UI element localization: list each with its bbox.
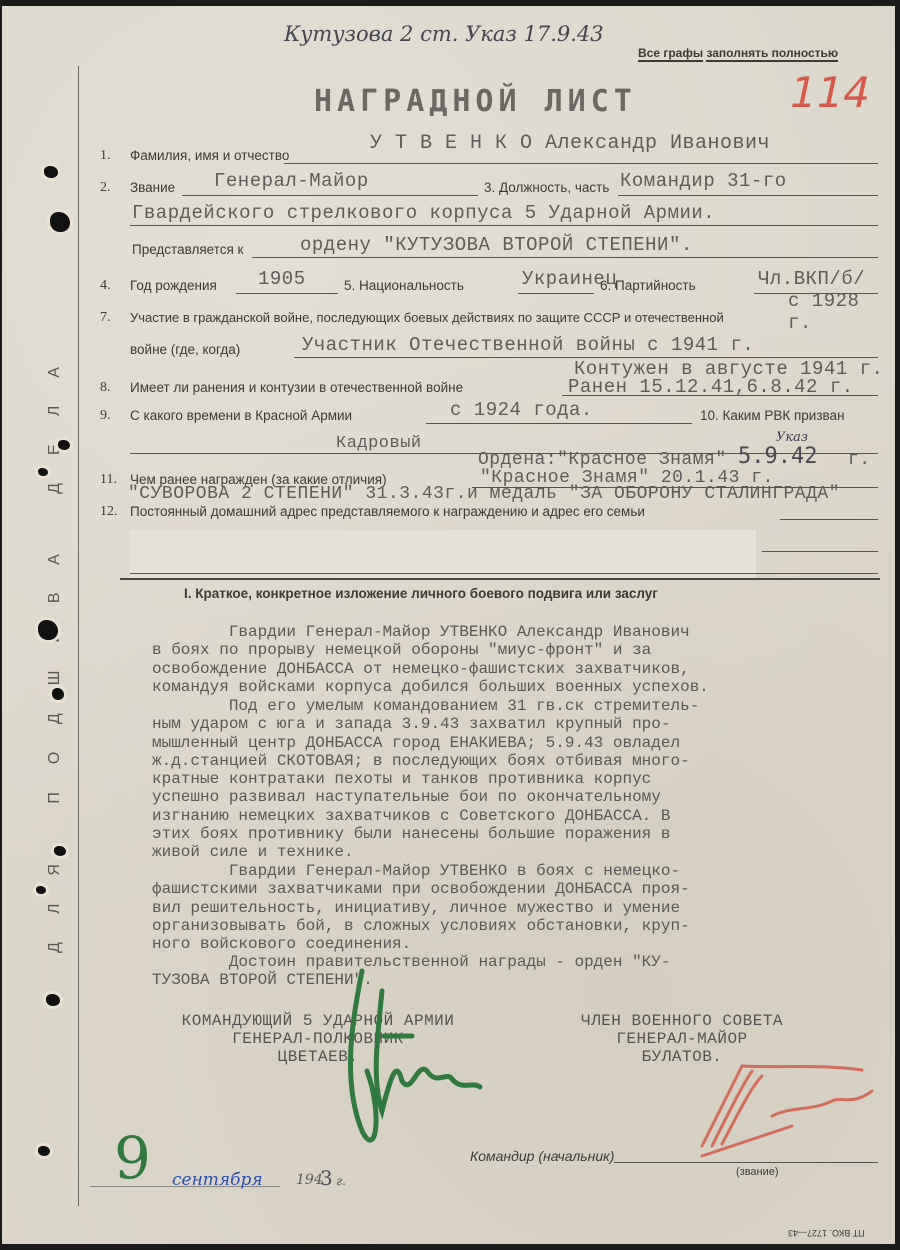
- field-label-name: Фамилия, имя и отчество: [130, 148, 289, 163]
- field-label-birth-year: Год рождения: [130, 278, 217, 293]
- punch-hole: [44, 166, 58, 178]
- date-year-suffix: г.: [336, 1174, 346, 1188]
- field-line: [236, 293, 338, 294]
- signature-green-icon: [322, 961, 522, 1171]
- commander-label: Командир (начальник): [470, 1148, 614, 1164]
- field-line: [182, 195, 478, 196]
- handwritten-decree-label: Указ: [776, 430, 808, 445]
- handwritten-note: Кутузова 2 ст. Указ 17.9.43: [284, 22, 604, 46]
- field-value-birth-year: 1905: [258, 268, 306, 290]
- field-line: [762, 551, 878, 552]
- field-line: [284, 163, 878, 164]
- date-year-prefix: 194: [296, 1172, 323, 1188]
- field-value-army-since: с 1924 года.: [450, 399, 593, 421]
- instruction-part2: заполнять полностью: [706, 46, 838, 62]
- citation-paragraph-1: Гвардии Генерал-Майор УТВЕНКО Александр …: [152, 623, 709, 696]
- field-label-war-participation: Участие в гражданской войне, последующих…: [130, 310, 724, 325]
- field-number: 1.: [100, 148, 111, 164]
- field-value-position-cont: Гвардейского стрелкового корпуса 5 Ударн…: [132, 202, 715, 224]
- punch-hole: [58, 440, 70, 450]
- field-number: 8.: [100, 380, 111, 396]
- binding-margin-label: ДЛЯ ПОДШИВА ДЕЛА: [46, 336, 76, 956]
- field-value-rank: Генерал-Майор: [214, 170, 369, 192]
- field-number: 11.: [100, 472, 117, 488]
- punch-hole: [52, 688, 64, 700]
- field-value-party-since: с 1928 г.: [788, 290, 895, 334]
- redacted-address: [130, 530, 756, 578]
- field-number: 9.: [100, 408, 111, 424]
- field-value-awards-line1: Ордена:"Красное Знамя": [478, 450, 727, 470]
- field-label-address: Постоянный домашний адрес представляемог…: [130, 504, 645, 519]
- field-label-presented-for: Представляется к: [132, 242, 243, 257]
- field-number: 12.: [100, 504, 118, 520]
- instruction-text: Все графы заполнять полностью: [638, 46, 838, 60]
- date-year-digit: 3: [320, 1166, 333, 1190]
- award-sheet-paper: ДЛЯ ПОДШИВА ДЕЛА Кутузова 2 ст. Указ 17.…: [2, 6, 895, 1244]
- sheet-number: 114: [785, 68, 876, 117]
- signature-red-icon: [682, 1046, 892, 1166]
- field-label-army-since: С какого времени в Красной Армии: [130, 408, 352, 423]
- field-value-name: У Т В Е Н К О Александр Иванович: [370, 132, 770, 155]
- field-number: 7.: [100, 310, 111, 326]
- punch-hole: [36, 886, 46, 894]
- field-value-awards-line3: "СУВОРОВА 2 СТЕПЕНИ" 31.3.43г.и медаль "…: [128, 484, 840, 504]
- punch-hole: [46, 994, 60, 1006]
- punch-hole: [38, 620, 58, 640]
- print-code: ПТ ВКО. 1727—43: [788, 1228, 865, 1238]
- field-value-position: Командир 31-го: [620, 170, 787, 192]
- commander-line: [614, 1162, 878, 1163]
- field-number: 4.: [100, 278, 111, 294]
- citation-paragraph-3: Гвардии Генерал-Майор УТВЕНКО в боях с н…: [152, 862, 690, 953]
- instruction-part1: Все графы: [638, 46, 703, 62]
- punch-hole: [54, 846, 66, 856]
- field-line: [518, 293, 594, 294]
- field-value-awards-year-suffix: г.: [848, 450, 871, 470]
- field-line: [130, 573, 878, 574]
- field-label-party: 6. Партийность: [600, 278, 696, 293]
- date-month: сентября: [172, 1170, 263, 1190]
- field-line: [130, 225, 878, 226]
- field-number: 2.: [100, 180, 111, 196]
- field-label-position: 3. Должность, часть: [484, 180, 609, 195]
- field-line: [426, 423, 692, 424]
- field-line: [780, 519, 878, 520]
- binding-margin-line: [78, 66, 79, 1206]
- punch-hole: [50, 212, 70, 232]
- field-label-rank: Звание: [130, 180, 175, 195]
- rank-caption: (звание): [736, 1166, 779, 1178]
- punch-hole: [38, 1146, 50, 1156]
- field-label-war-participation-cont: войне (где, когда): [130, 342, 240, 357]
- field-value-award: ордену "КУТУЗОВА ВТОРОЙ СТЕПЕНИ".: [300, 234, 693, 256]
- signatory-right-title: ЧЛЕН ВОЕННОГО СОВЕТА: [552, 1012, 812, 1030]
- field-label-wounds: Имеет ли ранения и контузии в отечествен…: [130, 380, 463, 395]
- section-divider: [120, 578, 880, 580]
- field-value-party: Чл.ВКП/б/: [758, 268, 865, 290]
- section-heading: I. Краткое, конкретное изложение личного…: [184, 586, 658, 601]
- field-label-rvk: 10. Каким РВК призван: [700, 408, 845, 423]
- page-title: НАГРАДНОЙ ЛИСТ: [314, 84, 637, 119]
- field-value-war-participation: Участник Отечественной войны с 1941 г.: [302, 334, 754, 356]
- date-day: 9: [114, 1124, 151, 1192]
- handwritten-decree-date: 5.9.42: [738, 444, 817, 469]
- field-value-rvk: Кадровый: [336, 434, 422, 453]
- field-line: [618, 195, 878, 196]
- punch-hole: [38, 468, 48, 476]
- field-value-wounds: Ранен 15.12.41,6.8.42 г.: [568, 376, 854, 398]
- citation-paragraph-2: Под его умелым командованием 31 гв.ск ст…: [152, 697, 699, 862]
- field-line: [252, 257, 878, 258]
- field-label-nationality: 5. Национальность: [344, 278, 464, 293]
